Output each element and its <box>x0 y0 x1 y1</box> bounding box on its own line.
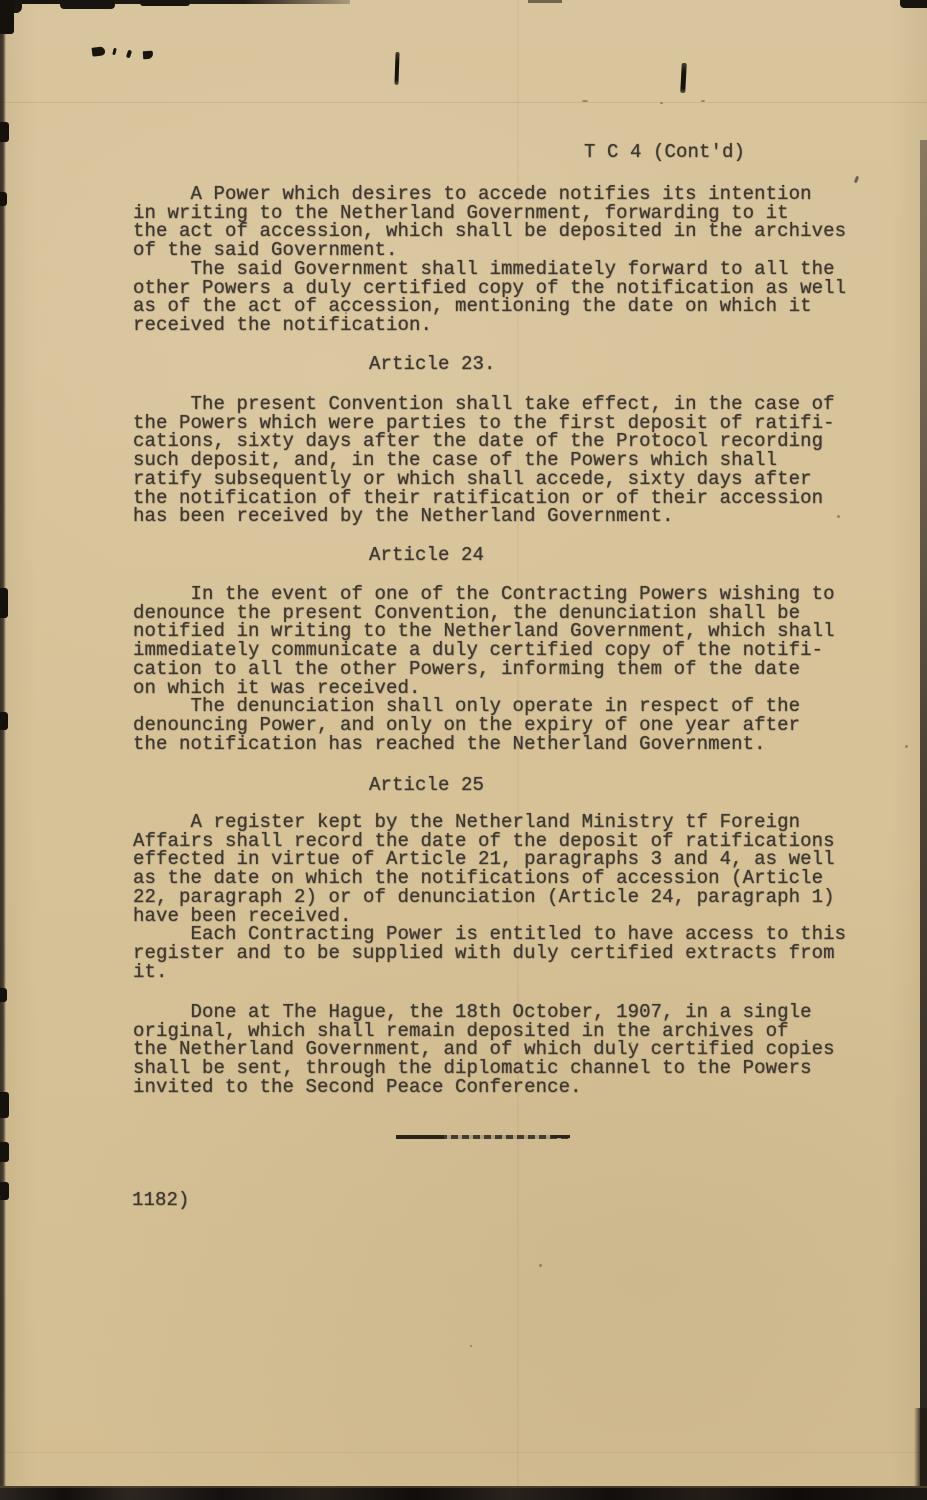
page-header: T C 4 (Cont'd) <box>584 143 745 162</box>
ink-blob-mark <box>92 46 106 57</box>
paper-speck <box>630 1042 632 1044</box>
paper-speck <box>470 1345 472 1347</box>
ink-tick-mark <box>126 50 132 59</box>
scan-edge-top-blob <box>140 0 190 6</box>
intro-paragraph: A Power which desires to accede notifies… <box>133 185 846 335</box>
scan-edge-left-blob <box>0 988 7 1002</box>
scan-edge-left-blob <box>0 588 8 618</box>
ink-apostrophe-speck <box>854 176 859 184</box>
article-23-heading: Article 23. <box>369 355 496 374</box>
scan-edge-bottom <box>0 1486 927 1500</box>
scan-edge-left <box>0 0 6 1500</box>
scan-edge-left-blob <box>0 0 14 34</box>
paper-speck <box>837 515 840 518</box>
scan-edge-left-blob <box>0 192 7 206</box>
closing-paragraph: Done at The Hague, the 18th October, 190… <box>133 1003 835 1097</box>
scan-edge-left-blob <box>0 122 9 142</box>
scan-edge-right <box>920 140 927 1500</box>
scan-edge-left-blob <box>0 1092 9 1118</box>
separator-dashed-line-end <box>551 1135 570 1138</box>
scan-edge-top-blob <box>60 0 115 9</box>
paper-speck <box>582 100 588 102</box>
scan-edge-left-blob <box>0 1182 9 1200</box>
separator-dashed-line-start <box>396 1135 444 1139</box>
paper-speck <box>345 312 347 314</box>
paper-speck <box>905 745 908 748</box>
article-24-heading: Article 24 <box>369 546 484 565</box>
article-25-heading: Article 25 <box>369 776 484 795</box>
paper-speck <box>701 100 705 102</box>
paper-crease-horizontal <box>0 102 927 103</box>
article-24-body: In the event of one of the Contracting P… <box>133 585 835 753</box>
scan-edge-left-blob <box>0 712 8 730</box>
pen-tick-mark <box>394 52 399 85</box>
article-25-body: A register kept by the Netherland Minist… <box>133 813 846 981</box>
paper-speck <box>660 102 663 104</box>
ink-blob-mark <box>143 51 154 60</box>
ink-tick-mark <box>112 48 117 56</box>
paper-crease-horizontal <box>0 1452 927 1453</box>
scan-edge-top-blob <box>900 0 927 8</box>
paper-speck <box>539 1264 542 1267</box>
page-number: 1182) <box>132 1191 190 1210</box>
scanned-document-page: T C 4 (Cont'd) A Power which desires to … <box>0 0 927 1500</box>
scan-edge-left-blob <box>0 1142 9 1162</box>
scan-edge-top-blob <box>528 0 562 3</box>
pen-tick-mark <box>680 63 687 93</box>
article-23-body: The present Convention shall take effect… <box>133 395 835 526</box>
